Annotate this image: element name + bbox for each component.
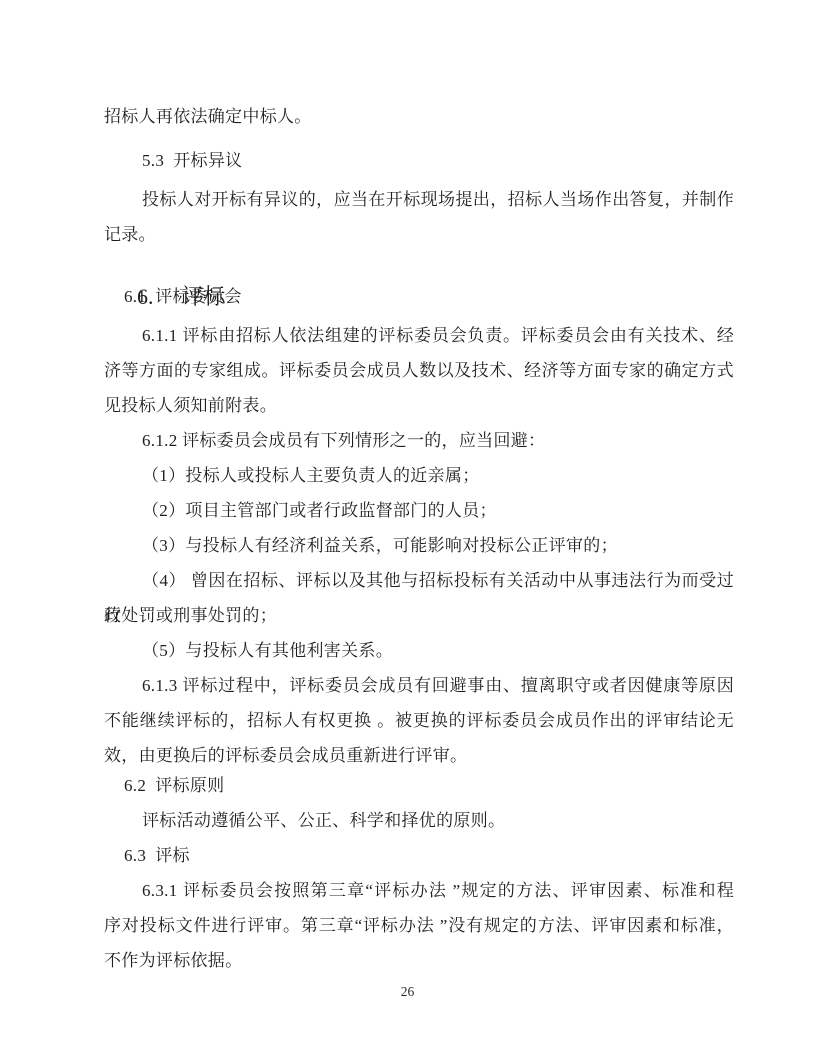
section-5-3-heading: 5.3 开标异议 bbox=[104, 143, 734, 178]
paragraph-evaluation-principles: 评标活动遵循公平、公正、科学和择优的原则。 bbox=[104, 803, 734, 838]
list-item-4-line-2: 政处罚或刑事处罚的； bbox=[104, 598, 734, 633]
clause-6-1-2-heading: 6.1.2 评标委员会成员有下列情形之一的，应当回避： bbox=[104, 423, 734, 458]
list-item-5: （5）与投标人有其他利害关系。 bbox=[104, 633, 734, 668]
clause-6-1-1-line-3: 见投标人须知前附表。 bbox=[104, 388, 734, 423]
paragraph-continuation-line: 招标人再依法确定中标人。 bbox=[104, 99, 734, 134]
clause-6-3-1-line-1: 6.3.1 评标委员会按照第三章“评标办法 ”规定的方法、评审因素、标准和程 bbox=[104, 873, 734, 908]
clause-6-1-3-line-1: 6.1.3 评标过程中，评标委员会成员有回避事由、擅离职守或者因健康等原因 bbox=[104, 668, 734, 703]
paragraph-open-bid-objection-line-1: 投标人对开标有异议的，应当在开标现场提出，招标人当场作出答复，并制作 bbox=[104, 182, 734, 217]
document-body: 招标人再依法确定中标人。 5.3 开标异议 投标人对开标有异议的，应当在开标现场… bbox=[104, 99, 734, 978]
clause-6-1-1-line-2: 济等方面的专家组成。评标委员会成员人数以及技术、经济等方面专家的确定方式 bbox=[104, 353, 734, 388]
clause-6-3-1-line-2: 序对投标文件进行评审。第三章“评标办法 ”没有规定的方法、评审因素和标准， bbox=[104, 908, 734, 943]
document-page: 招标人再依法确定中标人。 5.3 开标异议 投标人对开标有异议的，应当在开标现场… bbox=[0, 0, 815, 1055]
list-item-2: （2）项目主管部门或者行政监督部门的人员； bbox=[104, 493, 734, 528]
list-item-3: （3）与投标人有经济利益关系，可能影响对投标公正评审的； bbox=[104, 528, 734, 563]
section-6-2-heading: 6.2 评标原则 bbox=[104, 768, 734, 803]
list-item-1: （1）投标人或投标人主要负责人的近亲属； bbox=[104, 458, 734, 493]
clause-6-1-1-line-1: 6.1.1 评标由招标人依法组建的评标委员会负责。评标委员会由有关技术、经 bbox=[104, 318, 734, 353]
page-number: 26 bbox=[0, 984, 815, 1000]
clause-6-3-1-line-3: 不作为评标依据。 bbox=[104, 943, 734, 978]
clause-6-1-3-line-2: 不能继续评标的，招标人有权更换 。被更换的评标委员会成员作出的评审结论无 bbox=[104, 703, 734, 738]
section-6-heading: 6.评标 bbox=[104, 243, 734, 279]
section-6-1-heading: 6.1 评标委员会 bbox=[104, 279, 734, 314]
section-6-3-heading: 6.3 评标 bbox=[104, 838, 734, 873]
list-item-4-line-1: （4） 曾因在招标、评标以及其他与招标投标有关活动中从事违法行为而受过行 bbox=[104, 563, 734, 598]
